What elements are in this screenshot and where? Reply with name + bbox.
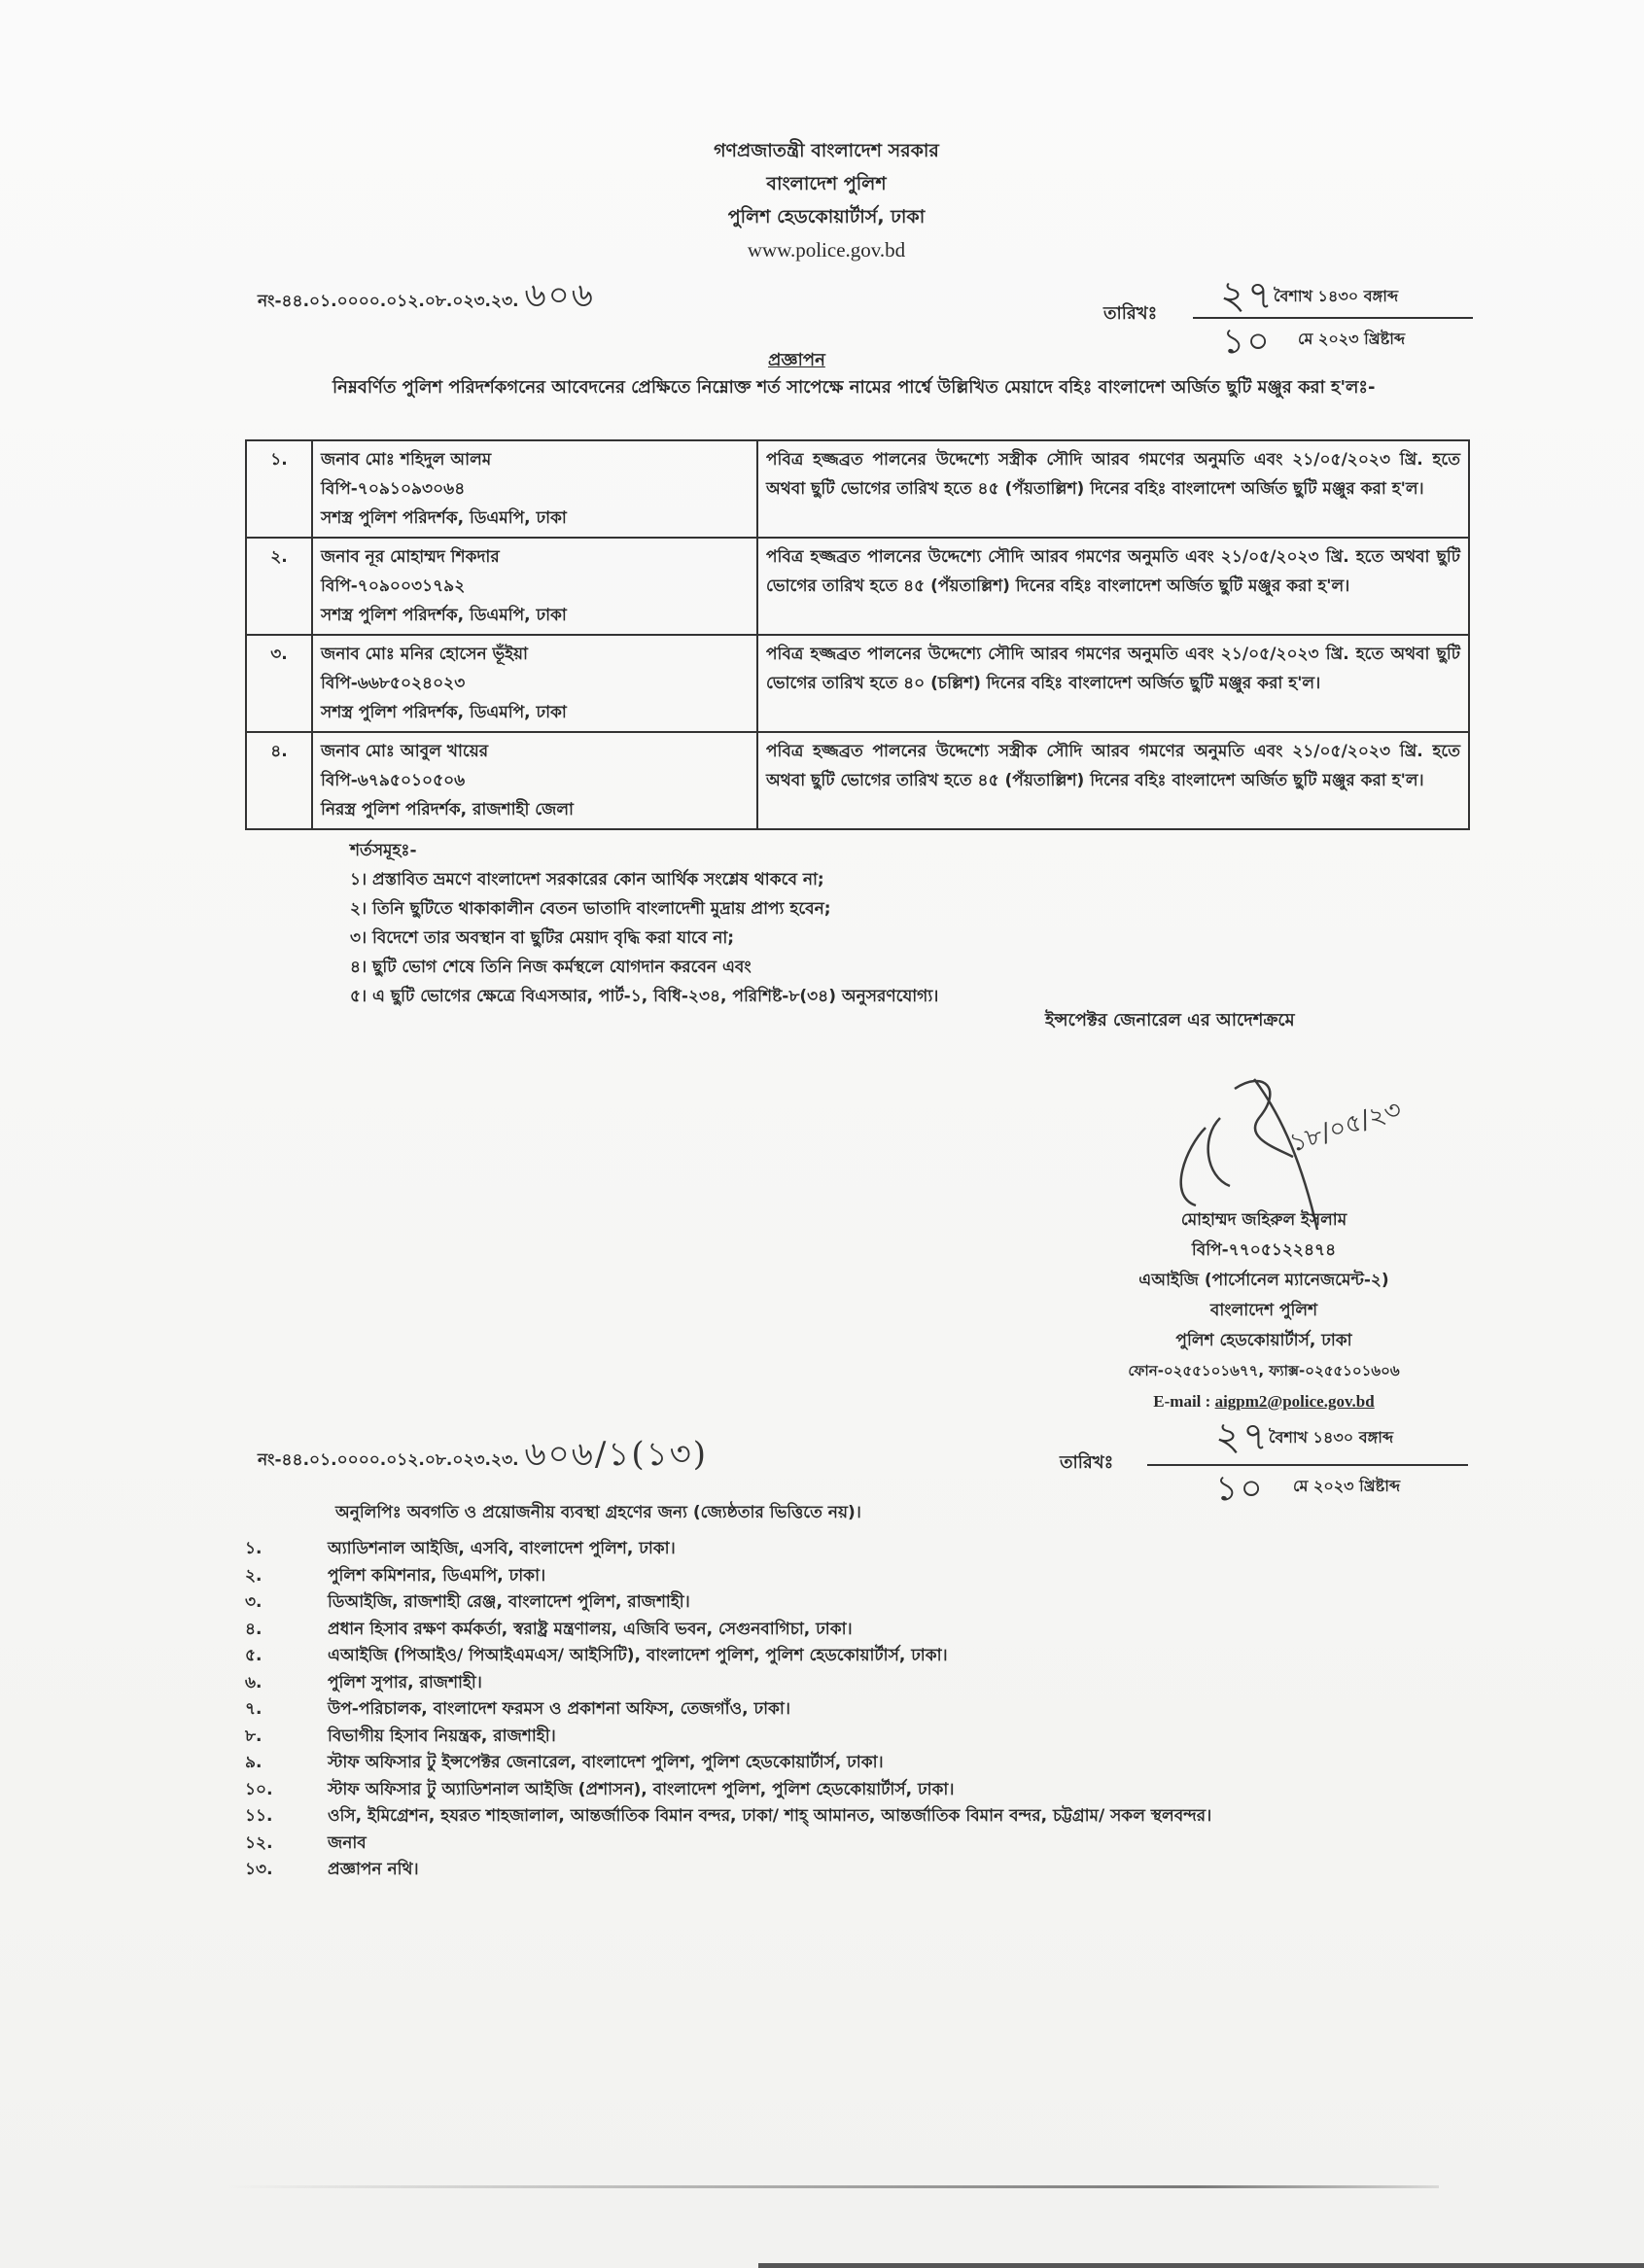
list-item: ৫.এআইজি (পিআইও/ পিআইএমএস/ আইসিটি), বাংলা… [245, 1643, 1211, 1670]
list-item-number: ৫. [245, 1643, 328, 1670]
officer-bp: বিপি-৬৭৯৫০১০৫০৬ [321, 766, 749, 795]
condition-item: ৫। এ ছুটি ভোগের ক্ষেত্রে বিএসআর, পার্ট-১… [350, 982, 938, 1011]
list-item-number: ১. [245, 1536, 328, 1563]
list-item: ৪.প্রধান হিসাব রক্ষণ কর্মকর্তা, স্বরাষ্ট… [245, 1617, 1211, 1644]
memo-date: তারিখঃ ২৭ বৈশাখ ১৪৩০ বঙ্গাব্দ ১০ মে ২০২৩… [1103, 278, 1473, 356]
website-link[interactable]: www.police.gov.bd [583, 233, 1069, 266]
letterhead: গণপ্রজাতন্ত্রী বাংলাদেশ সরকার বাংলাদেশ প… [583, 134, 1069, 266]
officer-name: জনাব মোঃ শহিদুল আলম [321, 445, 749, 474]
copy-date-divider [1147, 1464, 1468, 1466]
officer-info: জনাব মোঃ শহিদুল আলমবিপি-৭০৯১০৯৩০৬৪সশস্ত্… [312, 440, 757, 538]
officer-designation: সশস্ত্র পুলিশ পরিদর্শক, ডিএমপি, ঢাকা [321, 504, 749, 533]
leave-details: পবিত্র হজ্জব্রত পালনের উদ্দেশ্যে সস্ত্রী… [757, 732, 1469, 829]
list-item: ১০.স্টাফ অফিসার টু অ্যাডিশনাল আইজি (প্রশ… [245, 1777, 1211, 1804]
leave-details: পবিত্র হজ্জব্রত পালনের উদ্দেশ্যে সৌদি আর… [757, 635, 1469, 732]
list-item-text: প্রধান হিসাব রক্ষণ কর্মকর্তা, স্বরাষ্ট্র… [328, 1617, 853, 1644]
signer-bp-number: বিপি-৭৭০৫১২২৪৭৪ [1050, 1236, 1478, 1266]
list-item-text: স্টাফ অফিসার টু ইন্সপেক্টর জেনারেল, বাংল… [328, 1750, 884, 1777]
condition-item: ২। তিনি ছুটিতে থাকাকালীন বেতন ভাতাদি বাং… [350, 894, 938, 924]
officer-name: জনাব নূর মোহাম্মদ শিকদার [321, 542, 749, 572]
copy-memo-date: তারিখঃ ২৭ বৈশাখ ১৪৩০ বঙ্গাব্দ ১০ মে ২০২৩… [1060, 1419, 1468, 1497]
copy-recipient-list: ১.অ্যাডিশনাল আইজি, এসবি, বাংলাদেশ পুলিশ,… [245, 1536, 1211, 1884]
list-item-number: ৭. [245, 1696, 328, 1724]
serial-number: ১. [246, 440, 312, 538]
table-row: ২.জনাব নূর মোহাম্মদ শিকদারবিপি-৭০৯০০৩১৭৯… [246, 538, 1469, 635]
conditions-heading: শর্তসমূহঃ- [350, 836, 938, 865]
scanned-document-page: গণপ্রজাতন্ত্রী বাংলাদেশ সরকার বাংলাদেশ প… [0, 0, 1644, 2268]
list-item: ১২.জনাব [245, 1831, 1211, 1858]
leave-details: পবিত্র হজ্জব্রত পালনের উদ্দেশ্যে সৌদি আর… [757, 538, 1469, 635]
signer-designation: এআইজি (পার্সোনেল ম্যানেজমেন্ট-২) [1050, 1266, 1478, 1296]
list-item-text: ডিআইজি, রাজশাহী রেঞ্জ, বাংলাদেশ পুলিশ, র… [328, 1589, 690, 1617]
government-name: গণপ্রজাতন্ত্রী বাংলাদেশ সরকার [583, 134, 1069, 167]
serial-number: ৩. [246, 635, 312, 732]
list-item-number: ৬. [245, 1670, 328, 1697]
copy-memo-number-handwritten: ৬০৬/১(১৩) [525, 1435, 709, 1474]
copy-date-day-bengali: ২৭ [1215, 1406, 1270, 1471]
list-item-text: বিভাগীয় হিসাব নিয়ন্ত্রক, রাজশাহী। [328, 1724, 556, 1751]
memo-number-handwritten: ৬০৬ [525, 276, 595, 315]
officer-designation: সশস্ত্র পুলিশ পরিদর্শক, ডিএমপি, ঢাকা [321, 698, 749, 727]
signer-organization: বাংলাদেশ পুলিশ [1050, 1296, 1478, 1326]
list-item-text: প্রজ্ঞাপন নথি। [328, 1857, 419, 1884]
officer-info: জনাব নূর মোহাম্মদ শিকদারবিপি-৭০৯০০৩১৭৯২স… [312, 538, 757, 635]
list-item: ৮.বিভাগীয় হিসাব নিয়ন্ত্রক, রাজশাহী। [245, 1724, 1211, 1751]
list-item-number: ২. [245, 1563, 328, 1590]
scan-edge [758, 2263, 1644, 2268]
list-item: ৯.স্টাফ অফিসার টু ইন্সপেক্টর জেনারেল, বা… [245, 1750, 1211, 1777]
leave-grant-table: ১.জনাব মোঃ শহিদুল আলমবিপি-৭০৯১০৯৩০৬৪সশস্… [245, 439, 1470, 830]
list-item-number: ৪. [245, 1617, 328, 1644]
list-item: ৩.ডিআইজি, রাজশাহী রেঞ্জ, বাংলাদেশ পুলিশ,… [245, 1589, 1211, 1617]
list-item-text: ওসি, ইমিগ্রেশন, হযরত শাহজালাল, আন্তর্জাত… [328, 1803, 1211, 1831]
date-label: তারিখঃ [1103, 299, 1157, 330]
officer-bp: বিপি-৬৬৮৫০২৪০২৩ [321, 669, 749, 698]
date-bengali-month-year: বৈশাখ ১৪৩০ বঙ্গাব্দ [1274, 284, 1398, 310]
table-row: ১.জনাব মোঃ শহিদুল আলমবিপি-৭০৯১০৯৩০৬৪সশস্… [246, 440, 1469, 538]
officer-designation: সশস্ত্র পুলিশ পরিদর্শক, ডিএমপি, ঢাকা [321, 601, 749, 630]
list-item-number: ১২. [245, 1831, 328, 1858]
list-item: ১১.ওসি, ইমিগ্রেশন, হযরত শাহজালাল, আন্তর্… [245, 1803, 1211, 1831]
email-label: E-mail : [1153, 1392, 1214, 1411]
notice-intro: নিম্নবর্ণিত পুলিশ পরিদর্শকগনের আবেদনের প… [245, 371, 1470, 404]
copy-intro: অনুলিপিঃ অবগতি ও প্রয়োজনীয় ব্যবস্থা গ্… [335, 1500, 861, 1527]
list-item: ৬.পুলিশ সুপার, রাজশাহী। [245, 1670, 1211, 1697]
condition-item: ১। প্রস্তাবিত ভ্রমণে বাংলাদেশ সরকারের কো… [350, 865, 938, 894]
list-item-text: অ্যাডিশনাল আইজি, এসবি, বাংলাদেশ পুলিশ, ঢ… [328, 1536, 676, 1563]
office-name: পুলিশ হেডকোয়ার্টার্স, ঢাকা [583, 200, 1069, 233]
officer-info: জনাব মোঃ আবুল খায়েরবিপি-৬৭৯৫০১০৫০৬নিরস্… [312, 732, 757, 829]
copy-date-day-gregorian: ১০ [1215, 1462, 1265, 1520]
scan-artifact-line [224, 2185, 1439, 2188]
list-item: ২.পুলিশ কমিশনার, ডিএমপি, ঢাকা। [245, 1563, 1211, 1590]
leave-details: পবিত্র হজ্জব্রত পালনের উদ্দেশ্যে সস্ত্রী… [757, 440, 1469, 538]
signer-phone-fax: ফোন-০২৫৫১০১৬৭৭, ফ্যাক্স-০২৫৫১০১৬০৬ [1050, 1356, 1478, 1386]
serial-number: ৪. [246, 732, 312, 829]
copy-memo-number-prefix: নং-৪৪.০১.০০০০.০১২.০৮.০২৩.২৩. [258, 1450, 519, 1470]
list-item: ১৩.প্রজ্ঞাপন নথি। [245, 1857, 1211, 1884]
memo-number-prefix: নং-৪৪.০১.০০০০.০১২.০৮.০২৩.২৩. [258, 292, 519, 311]
list-item-number: ১৩. [245, 1857, 328, 1884]
date-day-gregorian: ১০ [1222, 315, 1272, 373]
copy-date-gregorian-month-year: মে ২০২৩ খ্রিষ্টাব্দ [1293, 1474, 1400, 1500]
list-item-number: ১১. [245, 1803, 328, 1831]
officer-designation: নিরস্ত্র পুলিশ পরিদর্শক, রাজশাহী জেলা [321, 795, 749, 824]
copy-date-bengali-month-year: বৈশাখ ১৪৩০ বঙ্গাব্দ [1269, 1425, 1393, 1451]
list-item-text: পুলিশ সুপার, রাজশাহী। [328, 1670, 482, 1697]
conditions-section: শর্তসমূহঃ- ১। প্রস্তাবিত ভ্রমণে বাংলাদেশ… [350, 836, 938, 1011]
table-row: ৩.জনাব মোঃ মনির হোসেন ভূঁইয়াবিপি-৬৬৮৫০২… [246, 635, 1469, 732]
signature-date: ১৮/০৫/২৩ [1286, 1095, 1405, 1158]
serial-number: ২. [246, 538, 312, 635]
table-row: ৪.জনাব মোঃ আবুল খায়েরবিপি-৬৭৯৫০১০৫০৬নির… [246, 732, 1469, 829]
signer-office: পুলিশ হেডকোয়ার্টার্স, ঢাকা [1050, 1326, 1478, 1356]
list-item-number: ৯. [245, 1750, 328, 1777]
list-item: ১.অ্যাডিশনাল আইজি, এসবি, বাংলাদেশ পুলিশ,… [245, 1536, 1211, 1563]
signer-name: মোহাম্মদ জহিরুল ইসলাম [1050, 1205, 1478, 1236]
officer-info: জনাব মোঃ মনির হোসেন ভূঁইয়াবিপি-৬৬৮৫০২৪০… [312, 635, 757, 732]
list-item-number: ১০. [245, 1777, 328, 1804]
list-item-text: স্টাফ অফিসার টু অ্যাডিশনাল আইজি (প্রশাসন… [328, 1777, 954, 1804]
list-item-number: ৩. [245, 1589, 328, 1617]
order-by-line: ইন্সপেক্টর জেনারেল এর আদেশক্রমে [1045, 1006, 1295, 1036]
memo-number: নং-৪৪.০১.০০০০.০১২.০৮.০২৩.২৩. ৬০৬ [258, 270, 595, 326]
officer-name: জনাব মোঃ মনির হোসেন ভূঁইয়া [321, 640, 749, 669]
list-item-text: এআইজি (পিআইও/ পিআইএমএস/ আইসিটি), বাংলাদে… [328, 1643, 948, 1670]
list-item-text: উপ-পরিচালক, বাংলাদেশ ফরমস ও প্রকাশনা অফি… [328, 1696, 790, 1724]
copy-date-label: তারিখঃ [1060, 1448, 1113, 1479]
signer-block: মোহাম্মদ জহিরুল ইসলাম বিপি-৭৭০৫১২২৪৭৪ এআ… [1050, 1205, 1478, 1416]
list-item-text: জনাব [328, 1831, 367, 1858]
list-item-text: পুলিশ কমিশনার, ডিএমপি, ঢাকা। [328, 1563, 545, 1590]
condition-item: ৪। ছুটি ভোগ শেষে তিনি নিজ কর্মস্থলে যোগদ… [350, 953, 938, 982]
copy-memo-number: নং-৪৪.০১.০০০০.০১২.০৮.০২৩.২৩. ৬০৬/১(১৩) [258, 1429, 708, 1484]
officer-bp: বিপি-৭০৯১০৯৩০৬৪ [321, 474, 749, 504]
officer-bp: বিপি-৭০৯০০৩১৭৯২ [321, 572, 749, 601]
organization-name: বাংলাদেশ পুলিশ [583, 167, 1069, 200]
list-item-number: ৮. [245, 1724, 328, 1751]
list-item: ৭.উপ-পরিচালক, বাংলাদেশ ফরমস ও প্রকাশনা অ… [245, 1696, 1211, 1724]
officer-name: জনাব মোঃ আবুল খায়ের [321, 737, 749, 766]
condition-item: ৩। বিদেশে তার অবস্থান বা ছুটির মেয়াদ বৃ… [350, 924, 938, 953]
date-gregorian-month-year: মে ২০২৩ খ্রিষ্টাব্দ [1298, 327, 1405, 353]
